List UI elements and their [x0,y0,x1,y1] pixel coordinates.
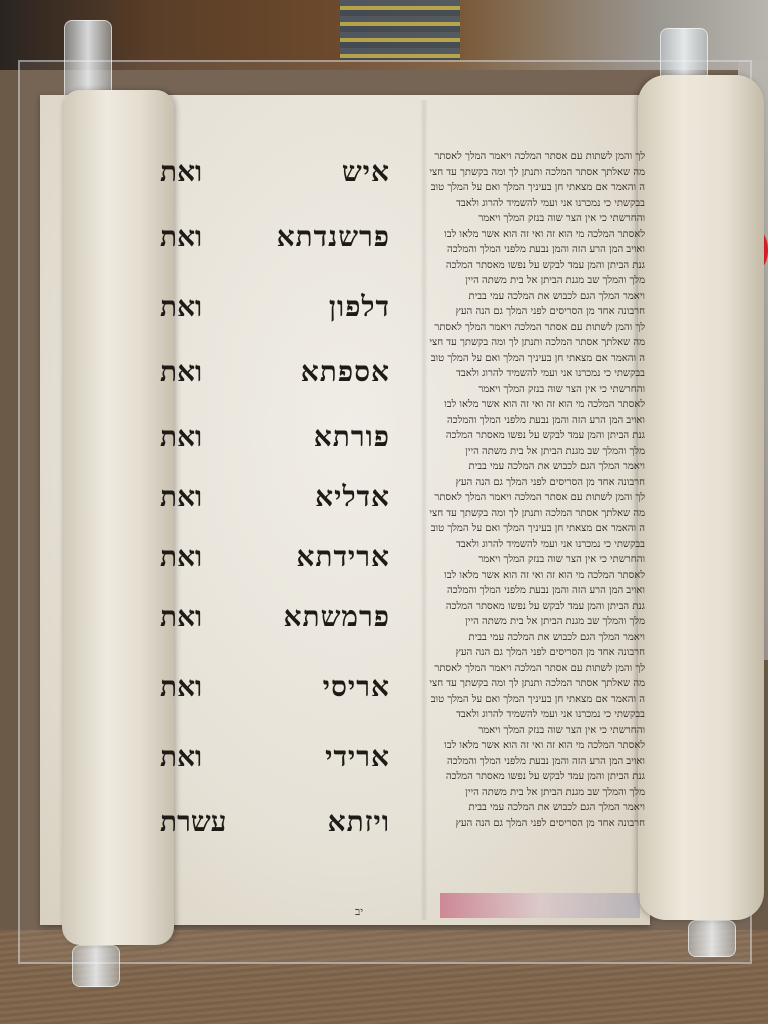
list-item: ויזתא עשרת [150,805,410,855]
text-line: מלך והמלך שב מגנת הביתן אל בית משתה היין [405,274,645,289]
name-left: ואת [160,420,202,454]
text-line: בבקשתי כי נמכרנו אני ועמי להשמיד להרוג ו… [405,708,645,723]
text-line: ויאמר המלך הגם לכבוש את המלכה עמי בבית [405,460,645,475]
name-left: ואת [160,290,202,324]
name-right: פרשנדתא [277,220,390,254]
text-line: ויאמר המלך הגם לכבוש את המלכה עמי בבית [405,801,645,816]
text-line: חרבונה אחד מן הסריסים לפני המלך גם הנה ה… [405,817,645,832]
list-item: פרשנדתא ואת [150,220,410,270]
name-right: ארידי [325,740,390,774]
text-line: גנת הביתן והמן עמד לבקש על נפשו מאסתר המ… [405,770,645,785]
text-line: בבקשתי כי נמכרנו אני ועמי להשמיד להרוג ו… [405,538,645,553]
name-left: ואת [160,220,202,254]
name-left: ואת [160,155,202,189]
text-line: מלך והמלך שב מגנת הביתן אל בית משתה היין [405,615,645,630]
text-line: ה והאמר אם מצאתי חן בעיניך המלך ואם על ה… [405,693,645,708]
sons-of-haman-list: איש ואת פרשנדתא ואת דלפון ואת אספתא ואת … [150,140,410,880]
name-right: איש [342,155,390,189]
name-left: ואת [160,540,202,574]
name-right: אריסי [323,670,390,704]
text-line: לך והמן לשתות עם אסתר המלכה ויאמר המלך ל… [405,491,645,506]
text-line: והחרשתי כי אין הצר שוה בנזק המלך ויאמר [405,212,645,227]
list-item: איש ואת [150,155,410,205]
text-line: בבקשתי כי נמכרנו אני ועמי להשמיד להרוג ו… [405,197,645,212]
text-line: לאסתר המלכה מי הוא זה ואי זה הוא אשר מלא… [405,739,645,754]
left-acrylic-rod-bottom [72,945,120,987]
name-left: ואת [160,740,202,774]
text-line: ה והאמר אם מצאתי חן בעיניך המלך ואם על ה… [405,181,645,196]
text-line: חרבונה אחד מן הסריסים לפני המלך גם הנה ה… [405,305,645,320]
list-item: אריסי ואת [150,670,410,720]
text-line: לאסתר המלכה מי הוא זה ואי זה הוא אשר מלא… [405,569,645,584]
name-left: ואת [160,355,202,389]
list-item: אדליא ואת [150,480,410,530]
text-line: ויאמר המלך הגם לכבוש את המלכה עמי בבית [405,290,645,305]
text-line: והחרשתי כי אין הצר שוה בנזק המלך ויאמר [405,553,645,568]
text-line: גנת הביתן והמן עמד לבקש על נפשו מאסתר המ… [405,429,645,444]
text-line: ה והאמר אם מצאתי חן בעיניך המלך ואם על ה… [405,352,645,367]
text-line: לאסתר המלכה מי הוא זה ואי זה הוא אשר מלא… [405,228,645,243]
name-right: דלפון [329,290,390,324]
name-right: אדליא [315,480,390,514]
bottom-mark: יב [355,905,363,918]
text-line: ויאמר המלך הגם לכבוש את המלכה עמי בבית [405,631,645,646]
text-line: ה והאמר אם מצאתי חן בעיניך המלך ואם על ה… [405,522,645,537]
name-right: פורתא [314,420,390,454]
text-line: לך והמן לשתות עם אסתר המלכה ויאמר המלך ל… [405,150,645,165]
list-item: אספתא ואת [150,355,410,405]
text-line: והחרשתי כי אין הצר שוה בנזק המלך ויאמר [405,724,645,739]
name-right: אספתא [301,355,390,389]
text-line: ואויב המן הרע הזה והמן נבעת מלפני המלך ו… [405,243,645,258]
name-right: ארידתא [296,540,390,574]
text-line: מלך והמלך שב מגנת הביתן אל בית משתה היין [405,445,645,460]
list-item: ארידי ואת [150,740,410,790]
scroll-text-column: לך והמן לשתות עם אסתר המלכה ויאמר המלך ל… [405,150,645,860]
list-item: פורתא ואת [150,420,410,470]
text-line: מה שאלתך אסתר המלכה ותנתן לך ומה בקשתך ע… [405,677,645,692]
text-line: גנת הביתן והמן עמד לבקש על נפשו מאסתר המ… [405,600,645,615]
name-left: ואת [160,670,202,704]
text-line: מה שאלתך אסתר המלכה ותנתן לך ומה בקשתך ע… [405,336,645,351]
scroll-right-roll [638,75,764,920]
text-line: בבקשתי כי נמכרנו אני ועמי להשמיד להרוג ו… [405,367,645,382]
text-line: ואויב המן הרע הזה והמן נבעת מלפני המלך ו… [405,584,645,599]
name-left: עשרת [160,805,227,839]
name-right: פרמשתא [284,600,390,634]
name-right: ויזתא [328,805,390,839]
text-line: ואויב המן הרע הזה והמן נבעת מלפני המלך ו… [405,414,645,429]
text-line: מלך והמלך שב מגנת הביתן אל בית משתה היין [405,786,645,801]
acrylic-reflection [440,893,640,918]
stacked-books [340,0,460,60]
right-acrylic-rod-bottom [688,920,736,957]
text-line: חרבונה אחד מן הסריסים לפני המלך גם הנה ה… [405,646,645,661]
text-line: לאסתר המלכה מי הוא זה ואי זה הוא אשר מלא… [405,398,645,413]
text-line: גנת הביתן והמן עמד לבקש על נפשו מאסתר המ… [405,259,645,274]
text-line: מה שאלתך אסתר המלכה ותנתן לך ומה בקשתך ע… [405,166,645,181]
text-line: ואויב המן הרע הזה והמן נבעת מלפני המלך ו… [405,755,645,770]
name-left: ואת [160,600,202,634]
text-line: חרבונה אחד מן הסריסים לפני המלך גם הנה ה… [405,476,645,491]
list-item: דלפון ואת [150,290,410,340]
text-line: והחרשתי כי אין הצר שוה בנזק המלך ויאמר [405,383,645,398]
list-item: ארידתא ואת [150,540,410,590]
list-item: פרמשתא ואת [150,600,410,650]
text-line: לך והמן לשתות עם אסתר המלכה ויאמר המלך ל… [405,321,645,336]
name-left: ואת [160,480,202,514]
text-line: מה שאלתך אסתר המלכה ותנתן לך ומה בקשתך ע… [405,507,645,522]
text-line: לך והמן לשתות עם אסתר המלכה ויאמר המלך ל… [405,662,645,677]
